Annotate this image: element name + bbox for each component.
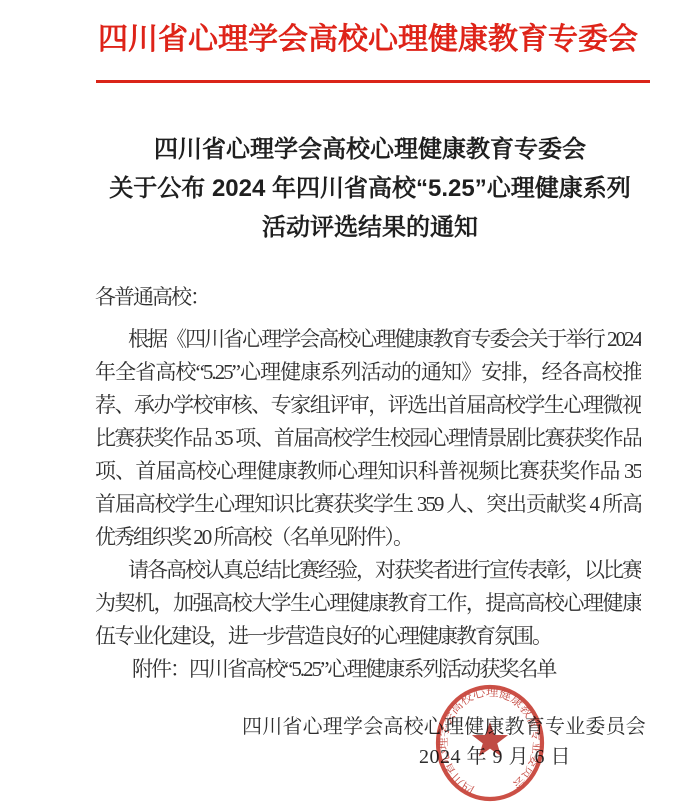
official-seal: 四川省心理学会高校心理健康教育专业委员会: [420, 675, 560, 811]
text-line: 首届高校学生心理知识比赛获奖学生 359 人、突出贡献奖 4 所高校、: [95, 488, 641, 521]
document-title: 四川省心理学会高校心理健康教育专委会关于公布 2024 年四川省高校“5.25”…: [75, 130, 665, 247]
text-line: 荐、承办学校审核、专家组评审，评选出首届高校学生心理微视频: [95, 389, 641, 422]
paragraph-2: 请各高校认真总结比赛经验，对获奖者进行宣传表彰，以比赛为契机，加强高校大学生心理…: [95, 554, 641, 653]
document-body: 各普通高校： 根据《四川省心理学会高校心理健康教育专委会关于举行 2024年全省…: [95, 280, 641, 686]
text-line: 为契机，加强高校大学生心理健康教育工作，提高高校心理健康队: [95, 587, 641, 620]
document-page: 四川省心理学会高校心理健康教育专委会 四川省心理学会高校心理健康教育专委会关于公…: [0, 0, 691, 811]
seal-star-icon: [472, 722, 508, 756]
text-line: 关于公布 2024 年四川省高校“5.25”心理健康系列: [75, 169, 665, 208]
text-line: 伍专业化建设，进一步营造良好的心理健康教育氛围。: [95, 620, 641, 653]
text-line: 优秀组织奖 20 所高校（名单见附件）。: [95, 521, 641, 554]
paragraph-1: 根据《四川省心理学会高校心理健康教育专委会关于举行 2024年全省高校“5.25…: [95, 323, 641, 554]
text-line: 根据《四川省心理学会高校心理健康教育专委会关于举行 2024: [95, 323, 641, 356]
text-line: 请各高校认真总结比赛经验，对获奖者进行宣传表彰，以比赛: [95, 554, 641, 587]
masthead-org-name: 四川省心理学会高校心理健康教育专委会: [95, 20, 641, 60]
masthead-divider: [96, 80, 650, 83]
text-line: 活动评选结果的通知: [75, 208, 665, 247]
text-line: 项、首届高校心理健康教师心理知识科普视频比赛获奖作品 35 项、: [95, 455, 641, 488]
text-line: 年全省高校“5.25”心理健康系列活动的通知》安排，经各高校推: [95, 356, 641, 389]
salutation: 各普通高校：: [95, 280, 641, 314]
text-line: 四川省心理学会高校心理健康教育专委会: [75, 130, 665, 169]
text-line: 比赛获奖作品 35 项、首届高校学生校园心理情景剧比赛获奖作品 35: [95, 422, 641, 455]
